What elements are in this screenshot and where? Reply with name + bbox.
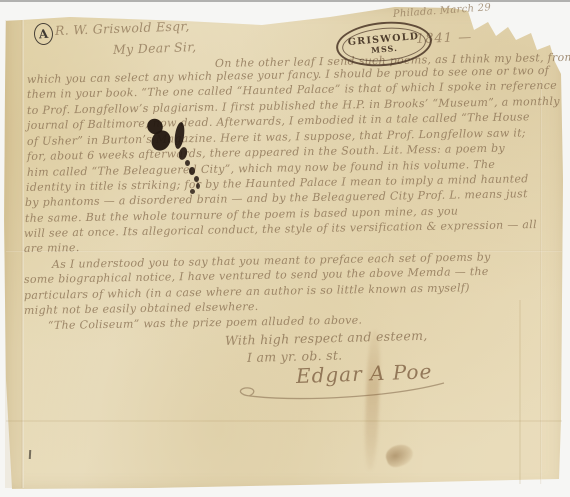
letter-line: are mine.: [24, 241, 80, 255]
ink-droplet: [185, 160, 190, 166]
scanned-letter-photo: A GRISWOLD MSS. Philada. March 29 1841 —…: [0, 0, 570, 497]
ink-droplet: [190, 189, 195, 194]
ink-droplet: [194, 176, 199, 182]
signature-flourish: [232, 378, 450, 404]
stamp-inner-ring: GRISWOLD MSS.: [341, 24, 428, 64]
ink-droplet: [189, 167, 195, 175]
annotation-label: A: [38, 27, 48, 42]
stamp-text-mss: MSS.: [371, 44, 398, 54]
salutation-line: My Dear Sir,: [113, 39, 197, 57]
ink-droplet: [196, 183, 200, 189]
